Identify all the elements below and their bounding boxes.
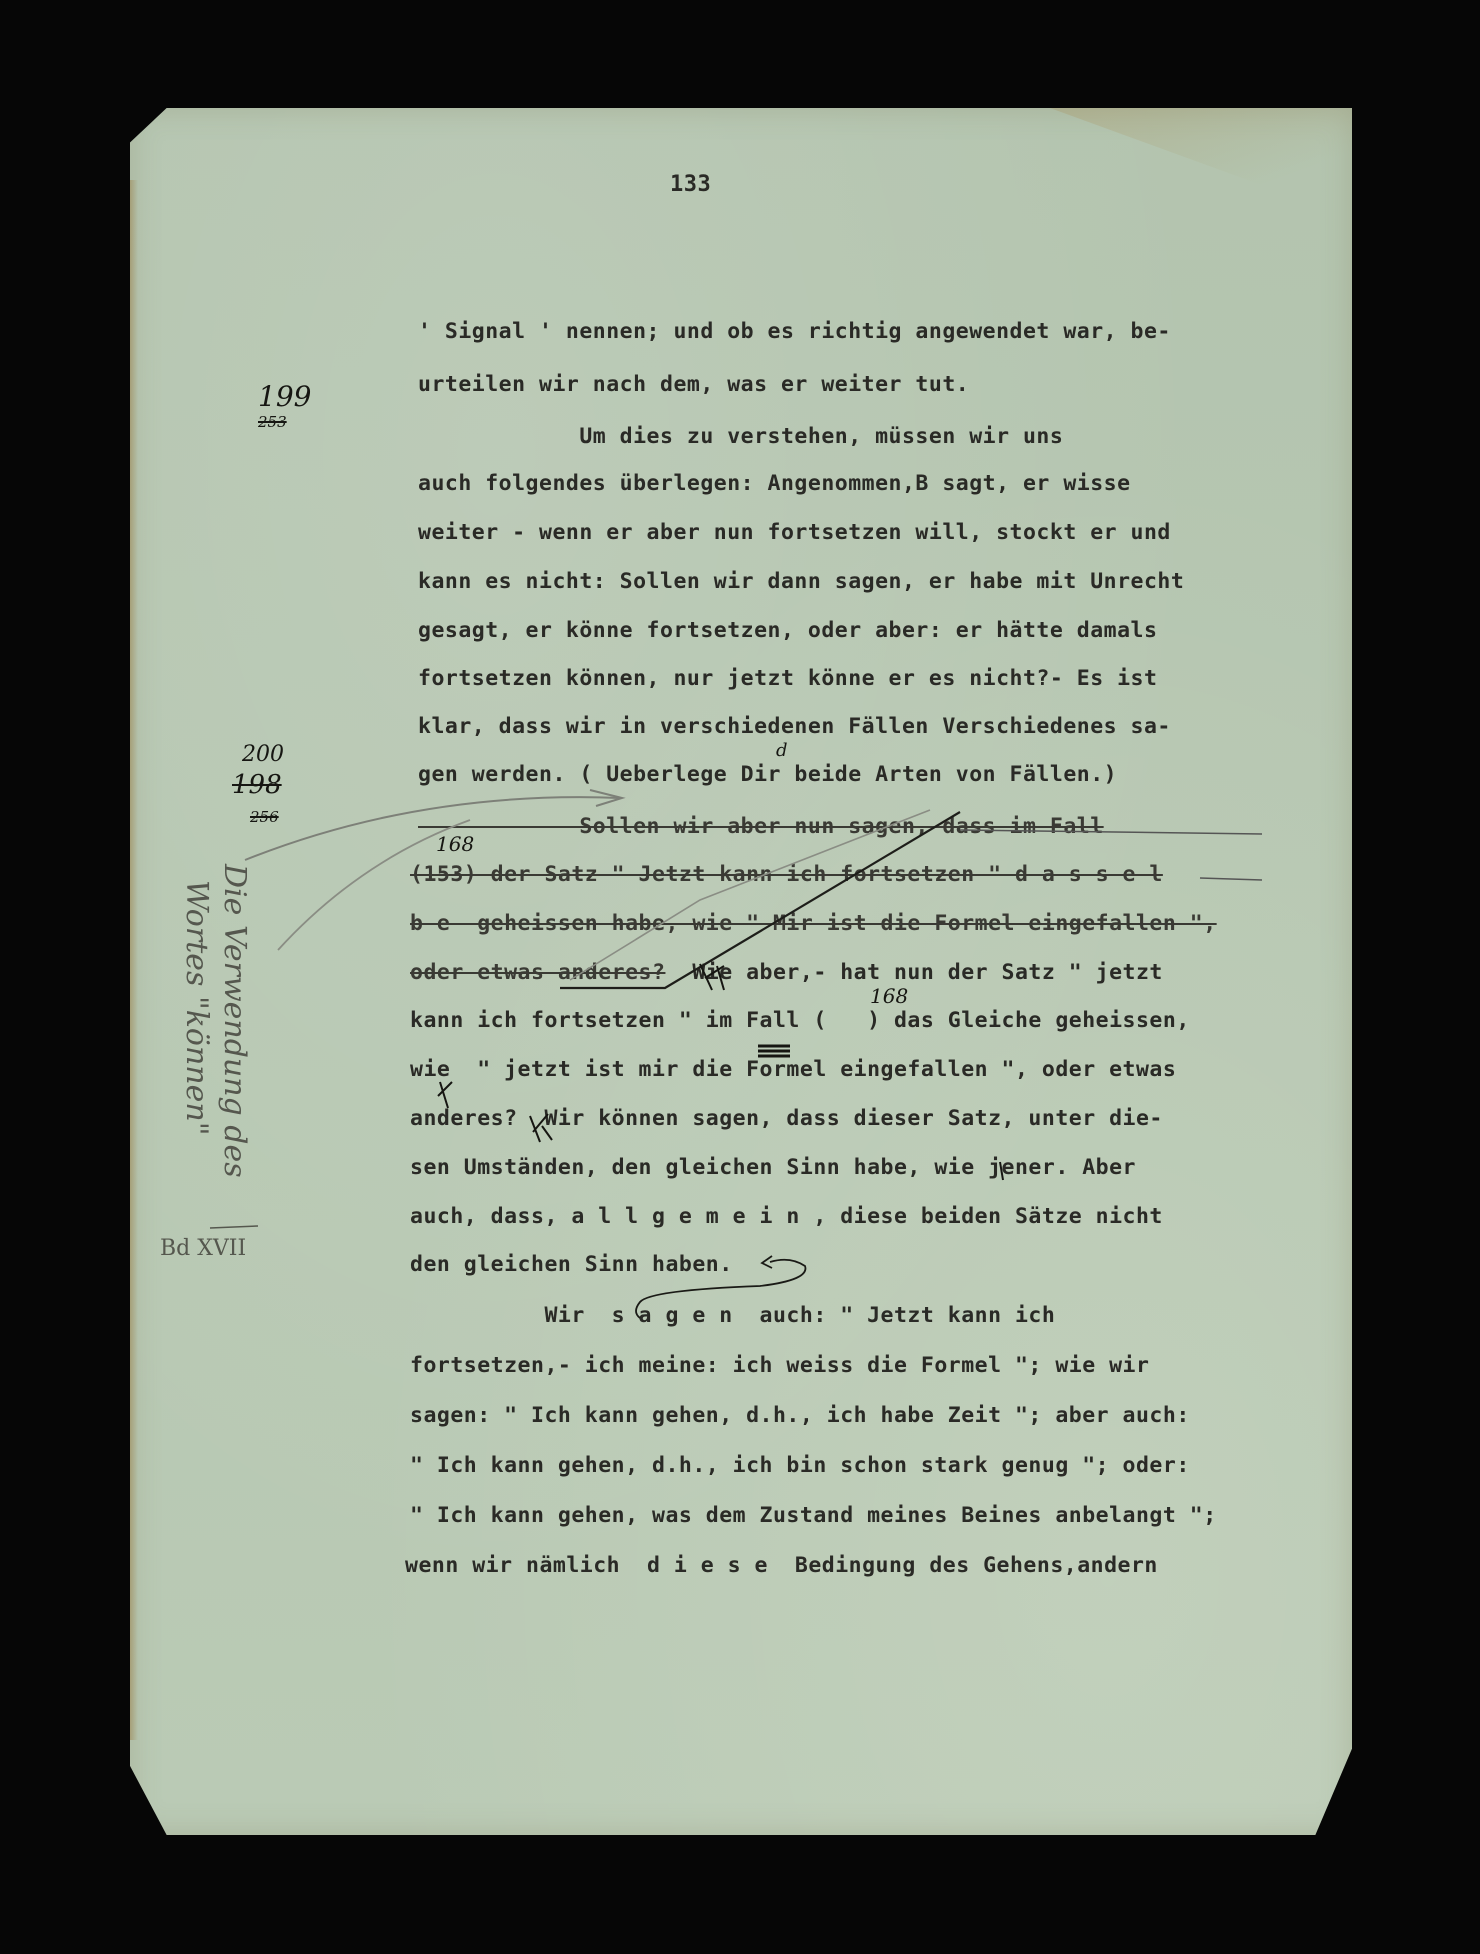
text-line: ' Signal ' nennen; und ob es richtig ang… [418,321,1171,343]
margin-number-old: 198 [232,770,282,800]
struck-line: (153) der Satz " Jetzt kann ich fortsetz… [410,864,1163,886]
text-line: Um dies zu verstehen, müssen wir uns [418,426,1063,448]
pencil-margin-note: Wortes "können" [179,880,214,1136]
pencil-margin-note: Die Verwendung des [217,864,252,1178]
struck-line: b e geheissen habe, wie " Mir ist die Fo… [410,913,1217,935]
text-line: gesagt, er könne fortsetzen, oder aber: … [418,620,1157,642]
text-line: den gleichen Sinn haben. [410,1254,733,1276]
paper-edge [130,180,138,1740]
page-number: 133 [670,174,711,196]
text-line: klar, dass wir in verschiedenen Fällen V… [418,716,1171,738]
text-line: kann ich fortsetzen " im Fall ( ) das Gl… [410,1010,1190,1032]
margin-number-old: 256 [250,808,279,826]
text-line: wie " jetzt ist mir die Formel eingefall… [410,1059,1176,1081]
pencil-volume-note: Bd XVII [160,1236,246,1261]
struck-line: Sollen wir aber nun sagen, dass im Fall [418,816,1104,838]
text-line: sagen: " Ich kann gehen, d.h., ich habe … [410,1405,1190,1427]
text-line: auch folgendes überlegen: Angenommen,B s… [418,473,1131,495]
text-line: Wie aber,- hat nun der Satz " jetzt [410,962,1163,984]
text-line: anderes? Wir können sagen, dass dieser S… [410,1108,1163,1130]
inline-correction: 168 [436,832,474,856]
text-line: fortsetzen können, nur jetzt könne er es… [418,668,1157,690]
text-line: urteilen wir nach dem, was er weiter tut… [418,374,969,396]
text-line: fortsetzen,- ich meine: ich weiss die Fo… [410,1355,1149,1377]
text-line: Wir s a g e n auch: " Jetzt kann ich [410,1305,1055,1327]
text-line: " Ich kann gehen, d.h., ich bin schon st… [410,1455,1190,1477]
margin-number-old: 253 [258,413,287,431]
text-line: auch, dass, a l l g e m e i n , diese be… [410,1206,1163,1228]
text-line: " Ich kann gehen, was dem Zustand meines… [410,1505,1217,1527]
margin-number-new: 199 [258,380,311,413]
text-line: sen Umständen, den gleichen Sinn habe, w… [410,1157,1136,1179]
text-line: kann es nicht: Sollen wir dann sagen, er… [418,571,1184,593]
text-line: weiter - wenn er aber nun fortsetzen wil… [418,522,1171,544]
text-line: gen werden. ( Ueberlege Dir beide Arten … [418,764,1117,786]
inline-correction: d [776,740,788,761]
inline-correction: 168 [870,984,908,1008]
text-line: wenn wir nämlich d i e s e Bedingung des… [405,1555,1158,1577]
margin-number-new: 200 [242,742,284,767]
scan-background: 133 ' Signal ' nennen; und ob es richtig… [0,0,1480,1954]
